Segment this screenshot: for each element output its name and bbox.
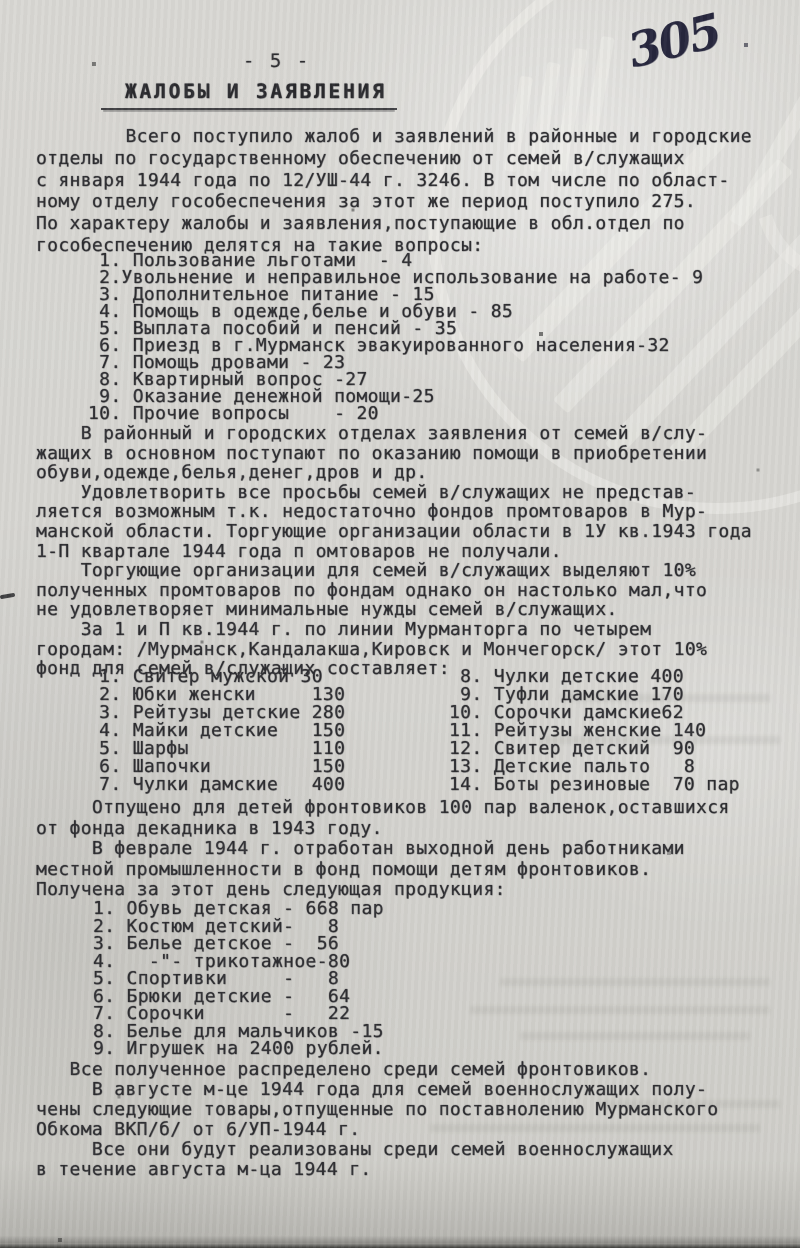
list-item: 14. Боты резиновые 70 пар (449, 776, 740, 794)
document-title: ЖАЛОБЫ И ЗАЯВЛЕНИЯ (101, 80, 397, 110)
paragraph-valenki: Отпущено для детей фронтовиков 100 пар в… (36, 798, 730, 901)
list-item: 7. Сорочки - 22 (93, 1005, 384, 1023)
paragraph-intro: Всего поступило жалоб и заявлений в райо… (36, 126, 752, 257)
scan-bottom-edge (0, 1243, 800, 1248)
list-item: 3. Белье детское - 56 (93, 935, 384, 953)
document-page: 305 - 5 - ЖАЛОБЫ И ЗАЯВЛЕНИЯ Всего посту… (0, 0, 800, 1248)
margin-check-mark (0, 593, 15, 600)
bleedthrough-text (500, 978, 770, 986)
bleedthrough-text (470, 1006, 770, 1014)
paper-specks (0, 0, 2, 2)
fund-list-right-column: 8. Чулки детские 400 9. Туфли дамские 17… (449, 668, 740, 794)
complaint-categories-list: 1. Пользование льготами - 4 2.Увольнение… (88, 252, 703, 422)
handwritten-folio-number: 305 (623, 4, 726, 80)
bleedthrough-text (520, 1032, 750, 1040)
paragraph-closing: Все полученное распределено среди семей … (36, 1060, 718, 1180)
list-item: 5. Спортивки - 8 (93, 970, 384, 988)
list-item: 7. Чулки дамские 400 (88, 776, 345, 794)
paragraph-help-requests: В районный и городских отделах заявления… (36, 424, 752, 679)
page-number: - 5 - (243, 50, 310, 72)
list-item: 1. Обувь детская - 668 пар (93, 900, 384, 918)
production-list: 1. Обувь детская - 668 пар 2. Костюм дет… (93, 900, 384, 1058)
list-item: 10. Прочие вопросы - 20 (88, 405, 703, 422)
fund-list-left-column: 1. Свитер мужской 30 2. Юбки женски 130 … (88, 668, 345, 794)
list-item: 9. Игрушек на 2400 рублей. (93, 1040, 384, 1058)
